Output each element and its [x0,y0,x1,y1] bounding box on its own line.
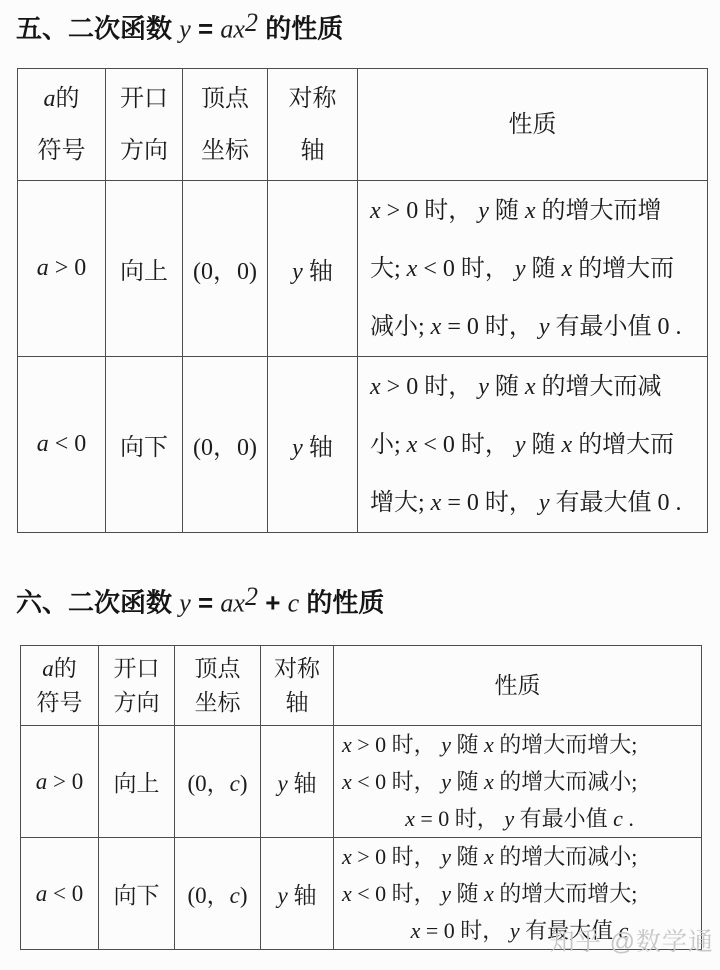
table-header-row: a的 符号 开口 方向 顶点 坐标 对称 轴 性质 [18,69,708,181]
header-properties: 性质 [358,69,708,181]
cell-properties: x > 0 时， y 随 x 的增大而增大; x < 0 时， y 随 x 的增… [334,726,702,838]
header-symmetry-axis: 对称 轴 [261,646,334,726]
cell-properties: x > 0 时， y 随 x 的增大而增 大; x < 0 时， y 随 x 的… [358,181,708,357]
table-row: a < 0 向下 (0，0) y 轴 x > 0 时， y 随 x 的增大而减 … [18,357,708,533]
zhihu-watermark: 知乎 @数学通 [550,922,714,958]
cell-a-sign: a < 0 [21,838,99,950]
header-a-sign: a的 符号 [18,69,106,181]
header-a-sign: a的 符号 [21,646,99,726]
cell-axis: y 轴 [268,357,358,533]
section-6-title: 六、二次函数 y = ax2 + c 的性质 [16,582,384,619]
cell-direction: 向上 [106,181,183,357]
table-y-ax2-plus-c-properties: a的 符号 开口 方向 顶点 坐标 对称 轴 性质 a > 0 向上 (0，c)… [20,645,702,950]
cell-axis: y 轴 [261,838,334,950]
cell-direction: 向下 [106,357,183,533]
cell-vertex: (0，0) [183,181,268,357]
table-row: a > 0 向上 (0，0) y 轴 x > 0 时， y 随 x 的增大而增 … [18,181,708,357]
cell-vertex: (0，0) [183,357,268,533]
header-opening-direction: 开口 方向 [99,646,175,726]
table-y-ax2-properties: a的 符号 开口 方向 顶点 坐标 对称 轴 性质 a > 0 向上 (0，0)… [17,68,708,533]
cell-vertex: (0，c) [175,726,261,838]
cell-axis: y 轴 [261,726,334,838]
cell-a-sign: a > 0 [18,181,106,357]
cell-direction: 向下 [99,838,175,950]
cell-direction: 向上 [99,726,175,838]
cell-axis: y 轴 [268,181,358,357]
cell-a-sign: a > 0 [21,726,99,838]
header-properties: 性质 [334,646,702,726]
section-5-title: 五、二次函数 y = ax2 的性质 [16,8,343,45]
cell-vertex: (0，c) [175,838,261,950]
cell-a-sign: a < 0 [18,357,106,533]
header-vertex-coordinates: 顶点 坐标 [175,646,261,726]
header-opening-direction: 开口 方向 [106,69,183,181]
cell-properties: x > 0 时， y 随 x 的增大而减 小; x < 0 时， y 随 x 的… [358,357,708,533]
header-symmetry-axis: 对称 轴 [268,69,358,181]
table-header-row: a的 符号 开口 方向 顶点 坐标 对称 轴 性质 [21,646,702,726]
table-row: a > 0 向上 (0，c) y 轴 x > 0 时， y 随 x 的增大而增大… [21,726,702,838]
header-vertex-coordinates: 顶点 坐标 [183,69,268,181]
